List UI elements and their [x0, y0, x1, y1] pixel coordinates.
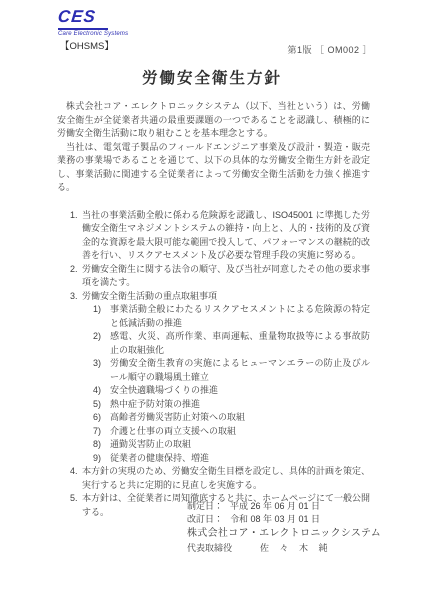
- policy-item-number: 2.: [70, 263, 82, 290]
- policy-item: 3. 労働安全衛生活動の重点取組事項 1) 事業活動全般にわたるリスクアセスメン…: [70, 290, 370, 466]
- policy-subitem-number: 7): [93, 425, 110, 439]
- policy-item: 1. 当社の事業活動全般に係わる危険源を認識し、ISO45001 に準拠した労働…: [70, 209, 370, 263]
- policy-subitem-text: 安全快適職場づくりの推進: [110, 384, 370, 398]
- logo-subtitle: Care Electronic Systems: [58, 31, 178, 37]
- policy-subitem-text: 介護と仕事の両立支援への取組: [110, 425, 370, 439]
- policy-item-text: 当社の事業活動全般に係わる危険源を認識し、ISO45001 に準拠した労働安全衛…: [82, 209, 370, 263]
- policy-subitem-text: 感電、火災、高所作業、車両運転、重量物取扱等による事故防止の取組強化: [110, 330, 370, 357]
- policy-item-text: 本方針の実現のため、労働安全衛生目標を設定し、具体的計画を策定、実行すると共に定…: [82, 465, 370, 492]
- ohsms-label: 【OHSMS】: [60, 38, 114, 52]
- policy-subitem: 4) 安全快適職場づくりの推進: [93, 384, 370, 398]
- policy-subitem-text: 労働安全衛生教育の実施によるヒューマンエラーの防止及びルール順守の職場風土確立: [110, 357, 370, 384]
- document-page: CES Care Electronic Systems 【OHSMS】 第1版 …: [0, 0, 424, 600]
- policy-subitem: 6) 高齢者労働災害防止対策への取組: [93, 411, 370, 425]
- policy-item-number: 3.: [70, 290, 82, 466]
- policy-item: 4. 本方針の実現のため、労働安全衛生目標を設定し、具体的計画を策定、実行すると…: [70, 465, 370, 492]
- policy-item-heading: 労働安全衛生活動の重点取組事項: [82, 290, 370, 304]
- policy-subitem-text: 従業者の健康保持、増進: [110, 452, 370, 466]
- policy-subitem-number: 1): [93, 303, 110, 330]
- policy-subitem-number: 8): [93, 438, 110, 452]
- representative-name: 佐 々 木 純: [260, 543, 332, 553]
- policy-subitem-number: 3): [93, 357, 110, 384]
- policy-item-number: 1.: [70, 209, 82, 263]
- policy-subitem-text: 事業活動全般にわたるリスクアセスメントによる危険源の特定と低減活動の推進: [110, 303, 370, 330]
- policy-subitem-number: 5): [93, 398, 110, 412]
- document-body: 株式会社コア・エレクトロニックシステム（以下、当社という）は、労働安全衛生が全従…: [0, 88, 424, 519]
- policy-list: 1. 当社の事業活動全般に係わる危険源を認識し、ISO45001 に準拠した労働…: [57, 209, 370, 520]
- policy-subitem: 7) 介護と仕事の両立支援への取組: [93, 425, 370, 439]
- company-name: 株式会社コア・エレクトロニックシステム: [187, 527, 381, 540]
- policy-item-text: 労働安全衛生に関する法令の順守、及び当社が同意したその他の要求事項を満たす。: [82, 263, 370, 290]
- policy-subitem-number: 2): [93, 330, 110, 357]
- document-version-label: 第1版 ［ OM002 ］: [287, 43, 372, 56]
- established-date-label: 制定日：: [187, 501, 223, 511]
- policy-item-text: 労働安全衛生活動の重点取組事項 1) 事業活動全般にわたるリスクアセスメントによ…: [82, 290, 370, 466]
- policy-item-number: 4.: [70, 465, 82, 492]
- intro-paragraph: 当社は、電気電子製品のフィールドエンジニア事業及び設計・製造・販売業務の事業場で…: [57, 141, 370, 195]
- policy-subitem: 1) 事業活動全般にわたるリスクアセスメントによる危険源の特定と低減活動の推進: [93, 303, 370, 330]
- revised-date-label: 改訂日：: [187, 514, 223, 524]
- signature-block: 制定日：平成 26 年 06 月 01 日 改訂日：令和 08 年 03 月 0…: [187, 500, 381, 555]
- policy-subitem: 2) 感電、火災、高所作業、車両運転、重量物取扱等による事故防止の取組強化: [93, 330, 370, 357]
- policy-subitem-text: 通勤災害防止の取組: [110, 438, 370, 452]
- policy-subitem-number: 6): [93, 411, 110, 425]
- policy-item-number: 5.: [70, 492, 82, 519]
- policy-subitem-number: 9): [93, 452, 110, 466]
- policy-subitem: 3) 労働安全衛生教育の実施によるヒューマンエラーの防止及びルール順守の職場風土…: [93, 357, 370, 384]
- logo-acronym: CES: [57, 8, 97, 25]
- revised-date-value: 令和 08 年 03 月 01 日: [230, 514, 320, 524]
- logo-underline: [58, 28, 108, 30]
- policy-item: 2. 労働安全衛生に関する法令の順守、及び当社が同意したその他の要求事項を満たす…: [70, 263, 370, 290]
- policy-subitem-number: 4): [93, 384, 110, 398]
- policy-subitem: 9) 従業者の健康保持、増進: [93, 452, 370, 466]
- established-date-line: 制定日：平成 26 年 06 月 01 日: [187, 500, 381, 513]
- policy-subitem-text: 熱中症予防対策の推進: [110, 398, 370, 412]
- policy-subitem-text: 高齢者労働災害防止対策への取組: [110, 411, 370, 425]
- intro-paragraph: 株式会社コア・エレクトロニックシステム（以下、当社という）は、労働安全衛生が全従…: [57, 100, 370, 141]
- intro-section: 株式会社コア・エレクトロニックシステム（以下、当社という）は、労働安全衛生が全従…: [57, 100, 370, 195]
- representative-title: 代表取締役: [187, 543, 232, 553]
- policy-sublist: 1) 事業活動全般にわたるリスクアセスメントによる危険源の特定と低減活動の推進 …: [93, 303, 370, 465]
- representative-line: 代表取締役佐 々 木 純: [187, 542, 381, 555]
- established-date-value: 平成 26 年 06 月 01 日: [230, 501, 320, 511]
- company-logo: CES Care Electronic Systems: [58, 8, 178, 37]
- policy-subitem: 8) 通勤災害防止の取組: [93, 438, 370, 452]
- policy-subitem: 5) 熱中症予防対策の推進: [93, 398, 370, 412]
- revised-date-line: 改訂日：令和 08 年 03 月 01 日: [187, 513, 381, 526]
